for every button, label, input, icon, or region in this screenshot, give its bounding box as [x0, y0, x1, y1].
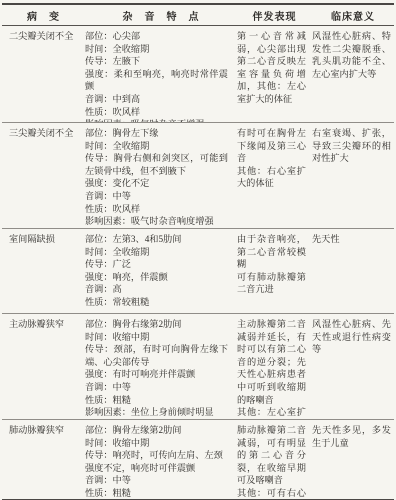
scanned-book-page: 病 变 杂 音 特 点 伴发表现 临床意义 二尖瓣关闭不全 部位：心尖部 时间：… — [0, 0, 396, 500]
column-header-disease: 病 变 — [2, 8, 85, 23]
disease-name: 主动脉瓣狭窄 — [2, 318, 85, 419]
disease-name: 肺动脉瓣狭窄 — [2, 424, 85, 499]
accompanying-manifestations-cell: 由于杂音响亮，第二心音常较模糊 可有肺动脉瓣第二音亢进 — [237, 233, 312, 313]
murmur-features-cell: 部位：胸骨左缘第2肋间 时间：收缩中期 传导：响亮时，可传向左肩、左颈 强度不定… — [85, 424, 237, 499]
accompanying-manifestations-cell: 第一心音常减弱，心尖部出现第二心音反映左室容量负荷增加，其他：左心室扩大的体征 — [237, 30, 312, 122]
clinical-significance-cell: 先天性多见，多发生于儿童 — [312, 424, 394, 499]
table-row: 主动脉瓣狭窄 部位：胸骨右缘第2肋间 时间：收缩中期 传导：颈部，有时可向胸骨左… — [2, 314, 394, 420]
clinical-significance-cell: 风湿性心脏病、先天性或退行性病变等 — [312, 318, 394, 419]
murmur-features-cell: 部位：心尖部 时间：全收缩期 传导：左腋下 强度：柔和至响亮，响亮时常伴震颤 音… — [85, 30, 237, 122]
column-header-accompanying-manifestations: 伴发表现 — [237, 8, 312, 23]
accompanying-manifestations-cell: 肺动脉瓣第二音减弱，可有明显的第二心音分裂，在收缩早期可及喀喇音 其他：可有右心… — [237, 424, 312, 499]
table-header-row: 病 变 杂 音 特 点 伴发表现 临床意义 — [2, 5, 394, 26]
murmur-features-cell: 部位：胸骨右缘第2肋间 时间：收缩中期 传导：颈部，有时可向胸骨左缘下端、心尖部… — [85, 318, 237, 419]
table-row: 三尖瓣关闭不全 部位：胸骨左下缘 时间：全收缩期 传导：胸骨右侧和剑突区，可能到… — [2, 123, 394, 229]
table-row: 室间隔缺损 部位：左第3、4和5肋间 时间：全收缩期 传导：广泛 强度：响亮，伴… — [2, 229, 394, 314]
column-header-clinical-significance: 临床意义 — [312, 8, 394, 23]
accompanying-manifestations-cell: 有时可在胸骨左下缘闻及第三心音 其他：右心室扩大的体征 — [237, 127, 312, 228]
disease-name: 二尖瓣关闭不全 — [2, 30, 85, 122]
murmur-features-cell: 部位：左第3、4和5肋间 时间：全收缩期 传导：广泛 强度：响亮，伴震颤 音调：… — [85, 233, 237, 313]
heart-murmur-table: 病 变 杂 音 特 点 伴发表现 临床意义 二尖瓣关闭不全 部位：心尖部 时间：… — [2, 3, 394, 500]
disease-name: 三尖瓣关闭不全 — [2, 127, 85, 228]
table-row: 肺动脉瓣狭窄 部位：胸骨左缘第2肋间 时间：收缩中期 传导：响亮时，可传向左肩、… — [2, 420, 394, 499]
clinical-significance-cell: 风湿性心脏病、特发性二尖瓣脱垂、乳头肌功能不全、左心室内扩大等 — [312, 30, 394, 122]
disease-name: 室间隔缺损 — [2, 233, 85, 313]
clinical-significance-cell: 右室衰竭、扩张，导致三尖瓣环的相对性扩大 — [312, 127, 394, 228]
column-header-murmur-features: 杂 音 特 点 — [85, 8, 237, 23]
murmur-features-cell: 部位：胸骨左下缘 时间：全收缩期 传导：胸骨右侧和剑突区，可能到左锁骨中线，但不… — [85, 127, 237, 228]
accompanying-manifestations-cell: 主动脉瓣第二音减弱并延长，有时可以有第二心音的逆分裂；先天性心脏病患者中可听到收… — [237, 318, 312, 419]
table-row: 二尖瓣关闭不全 部位：心尖部 时间：全收缩期 传导：左腋下 强度：柔和至响亮，响… — [2, 26, 394, 123]
clinical-significance-cell: 先天性 — [312, 233, 394, 313]
